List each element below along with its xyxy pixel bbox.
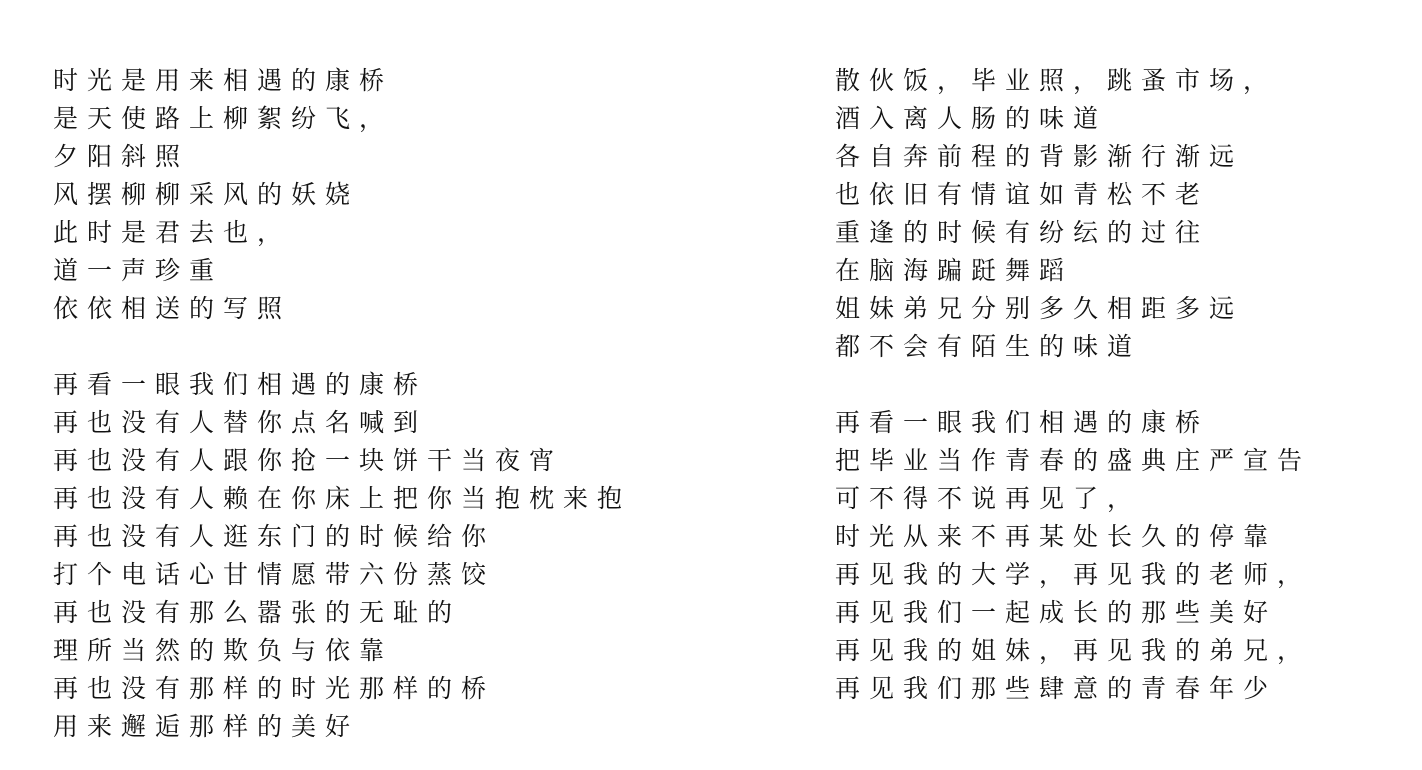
poem-line: 都不会有陌生的味道 <box>835 328 1311 366</box>
poem-line: 再见我的姐妹，再见我的弟兄， <box>835 632 1311 670</box>
poem-line: 打个电话心甘情愿带六份蒸饺 <box>53 556 631 594</box>
poem-line: 理所当然的欺负与依靠 <box>53 632 631 670</box>
poem-left-column: 时光是用来相遇的康桥 是天使路上柳絮纷飞， 夕阳斜照 风摆柳柳采风的妖娆 此时是… <box>53 62 631 746</box>
poem-line: 再看一眼我们相遇的康桥 <box>835 404 1311 442</box>
poem-line: 再看一眼我们相遇的康桥 <box>53 366 631 404</box>
poem-line: 风摆柳柳采风的妖娆 <box>53 176 631 214</box>
stanza-break <box>835 366 1311 404</box>
poem-line: 夕阳斜照 <box>53 138 631 176</box>
poem-line: 各自奔前程的背影渐行渐远 <box>835 138 1311 176</box>
stanza-2: 再看一眼我们相遇的康桥 再也没有人替你点名喊到 再也没有人跟你抢一块饼干当夜宵 … <box>53 366 631 746</box>
poem-line: 依依相送的写照 <box>53 290 631 328</box>
poem-line: 姐妹弟兄分别多久相距多远 <box>835 290 1311 328</box>
poem-line: 重逢的时候有纷纭的过往 <box>835 214 1311 252</box>
poem-line: 再也没有人跟你抢一块饼干当夜宵 <box>53 442 631 480</box>
poem-line: 酒入离人肠的味道 <box>835 100 1311 138</box>
poem-line: 也依旧有情谊如青松不老 <box>835 176 1311 214</box>
poem-line: 用来邂逅那样的美好 <box>53 708 631 746</box>
poem-line: 再也没有人替你点名喊到 <box>53 404 631 442</box>
poem-line: 再也没有那样的时光那样的桥 <box>53 670 631 708</box>
poem-line: 此时是君去也， <box>53 214 631 252</box>
poem-line: 再也没有人逛东门的时候给你 <box>53 518 631 556</box>
poem-line: 把毕业当作青春的盛典庄严宣告 <box>835 442 1311 480</box>
poem-right-column: 散伙饭，毕业照，跳蚤市场， 酒入离人肠的味道 各自奔前程的背影渐行渐远 也依旧有… <box>835 62 1311 708</box>
poem-line: 散伙饭，毕业照，跳蚤市场， <box>835 62 1311 100</box>
poem-line: 时光从来不再某处长久的停靠 <box>835 518 1311 556</box>
poem-line: 再见我的大学，再见我的老师， <box>835 556 1311 594</box>
poem-line: 道一声珍重 <box>53 252 631 290</box>
stanza-2: 再看一眼我们相遇的康桥 把毕业当作青春的盛典庄严宣告 可不得不说再见了， 时光从… <box>835 404 1311 708</box>
stanza-1: 时光是用来相遇的康桥 是天使路上柳絮纷飞， 夕阳斜照 风摆柳柳采风的妖娆 此时是… <box>53 62 631 328</box>
stanza-break <box>53 328 631 366</box>
poem-line: 再也没有人赖在你床上把你当抱枕来抱 <box>53 480 631 518</box>
poem-line: 再也没有那么嚣张的无耻的 <box>53 594 631 632</box>
poem-line: 再见我们一起成长的那些美好 <box>835 594 1311 632</box>
poem-line: 在脑海蹁跹舞蹈 <box>835 252 1311 290</box>
poem-line: 时光是用来相遇的康桥 <box>53 62 631 100</box>
poem-line: 再见我们那些肆意的青春年少 <box>835 670 1311 708</box>
poem-line: 是天使路上柳絮纷飞， <box>53 100 631 138</box>
poem-line: 可不得不说再见了， <box>835 480 1311 518</box>
stanza-1: 散伙饭，毕业照，跳蚤市场， 酒入离人肠的味道 各自奔前程的背影渐行渐远 也依旧有… <box>835 62 1311 366</box>
